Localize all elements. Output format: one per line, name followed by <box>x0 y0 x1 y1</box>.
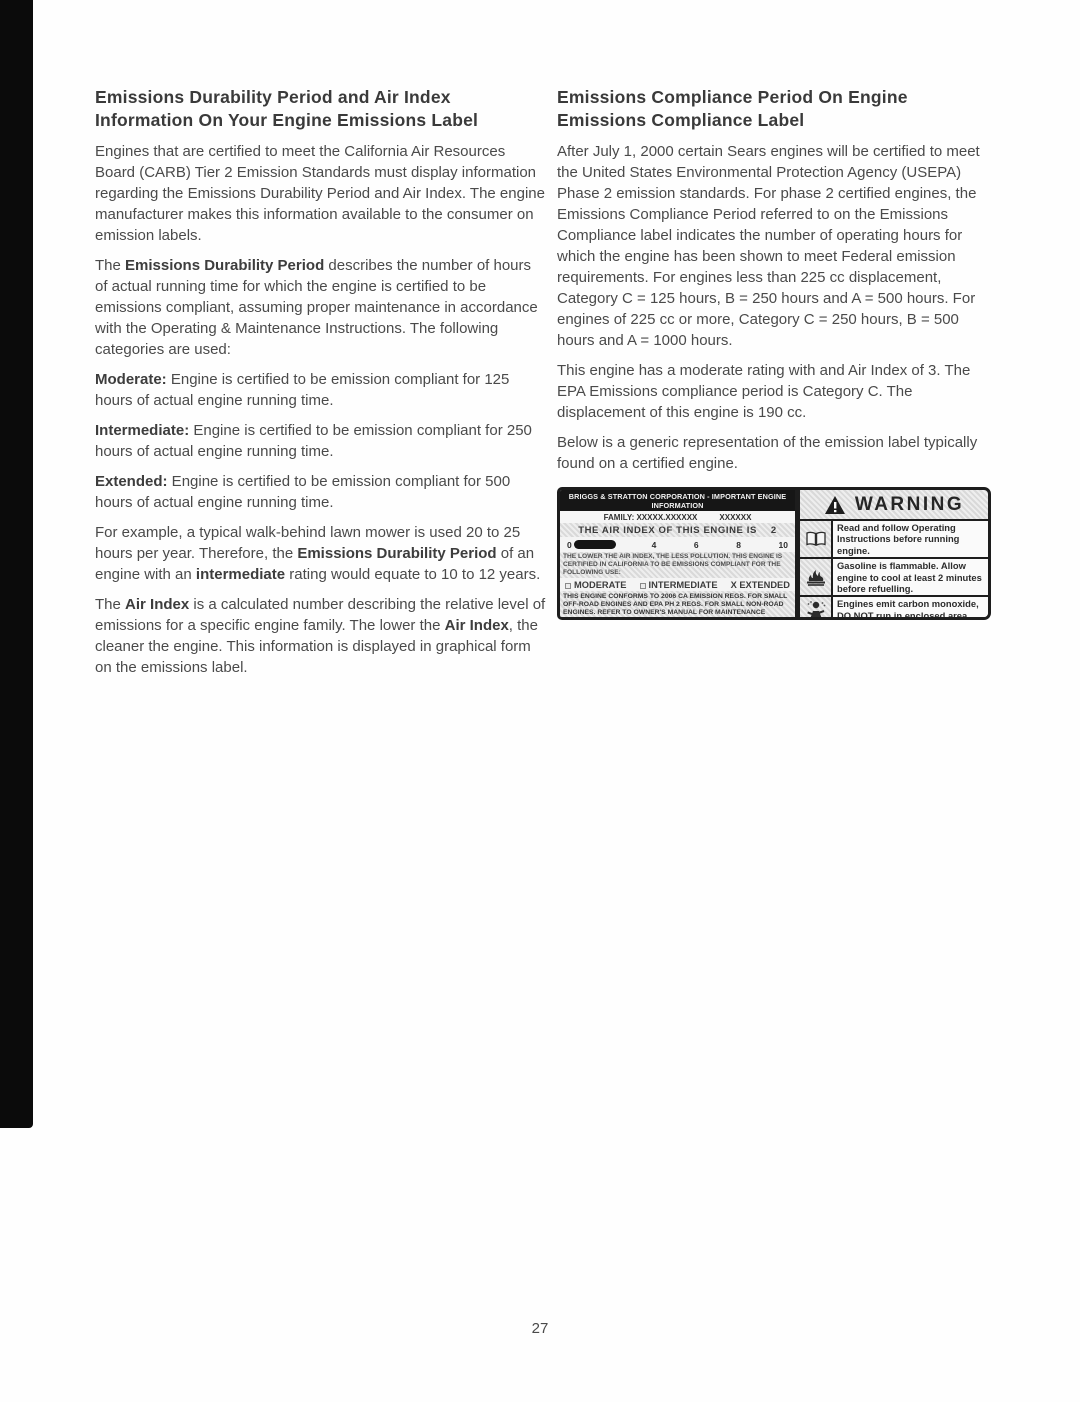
text-run: The <box>95 257 125 274</box>
category-moderate: MODERATE <box>565 580 627 590</box>
text-run: Gasoline is flammable. Allow engine to c… <box>837 560 984 594</box>
family-label: FAMILY: XXXXX.XXXXXX <box>604 513 698 522</box>
text-run: THIS ENGINE CONFORMS TO 2006 CA EMISSION… <box>563 593 788 620</box>
text-run-bold: Extended: <box>95 473 168 490</box>
category-label: INTERMEDIATE <box>649 580 718 590</box>
warning-title: WARNING <box>855 494 964 516</box>
warning-row: Gasoline is flammable. Allow engine to c… <box>800 557 988 595</box>
section-heading-durability: Emissions Durability Period and Air Inde… <box>95 86 547 132</box>
scan-edge-bar <box>0 0 33 1128</box>
text-run-bold: Air Index <box>125 596 189 613</box>
air-index-scale: 0 2 4 6 8 10 <box>560 537 795 552</box>
warning-text: Engines emit carbon monoxide, DO NOT run… <box>833 597 988 620</box>
left-column: Emissions Durability Period and Air Inde… <box>95 86 547 687</box>
category-row: MODERATE INTERMEDIATE X EXTENDED <box>560 578 795 591</box>
warning-row: Read and follow Operating Instructions b… <box>800 519 988 557</box>
page-number: 27 <box>0 1320 1080 1337</box>
section-heading-compliance: Emissions Compliance Period On Engine Em… <box>557 86 999 132</box>
scale-tick: 8 <box>736 540 741 550</box>
air-index-value: 2 <box>771 525 777 536</box>
text-run: rating would equate to 10 to 12 years. <box>285 566 540 583</box>
flame-icon <box>800 559 833 595</box>
family-line: FAMILY: XXXXX.XXXXXX XXXXXX <box>560 511 795 523</box>
paragraph: Intermediate: Engine is certified to be … <box>95 420 547 462</box>
air-index-scale-bar <box>574 540 616 549</box>
carbon-monoxide-icon <box>800 597 833 620</box>
paragraph: For example, a typical walk-behind lawn … <box>95 522 547 585</box>
text-run: Engines emit carbon monoxide, DO NOT run… <box>837 598 984 620</box>
air-index-text: THE AIR INDEX OF THIS ENGINE IS <box>578 525 757 536</box>
paragraph: Extended: Engine is certified to be emis… <box>95 471 547 513</box>
scale-tick: 4 <box>652 540 657 550</box>
text-run: The <box>95 596 125 613</box>
text-run-bold: Moderate: <box>95 371 167 388</box>
text-run-bold: Air Index <box>445 617 509 634</box>
warning-row: Engines emit carbon monoxide, DO NOT run… <box>800 595 988 620</box>
paragraph: Engines that are certified to meet the C… <box>95 141 547 246</box>
text-run-bold: Intermediate: <box>95 422 189 439</box>
scale-tick: 10 <box>778 540 787 550</box>
text-run-bold: Emissions Durability Period <box>125 257 324 274</box>
paragraph: The Emissions Durability Period describe… <box>95 255 547 360</box>
emissions-info-panel: BRIGGS & STRATTON CORPORATION - IMPORTAN… <box>557 487 798 620</box>
category-label: MODERATE <box>574 580 627 590</box>
category-extended: X EXTENDED <box>731 580 790 590</box>
checkbox-icon <box>565 583 571 589</box>
warning-triangle-icon <box>824 495 846 515</box>
paragraph: This engine has a moderate rating with a… <box>557 360 999 423</box>
book-icon <box>800 521 833 557</box>
paragraph: After July 1, 2000 certain Sears engines… <box>557 141 999 351</box>
scale-tick: 6 <box>694 540 699 550</box>
conformance-text: THIS ENGINE CONFORMS TO 2006 CA EMISSION… <box>560 591 795 620</box>
paragraph: Below is a generic representation of the… <box>557 432 999 474</box>
warning-text: Gasoline is flammable. Allow engine to c… <box>833 559 988 595</box>
warning-header: WARNING <box>800 490 988 519</box>
family-code: XXXXXX <box>719 513 751 522</box>
text-run-bold: intermediate <box>196 566 285 583</box>
emissions-label-graphic: BRIGGS & STRATTON CORPORATION - IMPORTAN… <box>557 487 991 620</box>
warning-panel: WARNING Read and follow Operating Instru… <box>798 487 991 620</box>
manual-page: Emissions Durability Period and Air Inde… <box>0 0 1080 1402</box>
lower-air-index-note: THE LOWER THE AIR INDEX, THE LESS POLLUT… <box>560 552 795 578</box>
label-header: BRIGGS & STRATTON CORPORATION - IMPORTAN… <box>560 490 795 511</box>
right-column: Emissions Compliance Period On Engine Em… <box>557 86 999 620</box>
text-run: Read and follow Operating Instructions b… <box>837 522 984 556</box>
scale-tick: 0 <box>567 540 572 550</box>
checkbox-icon <box>640 583 646 589</box>
air-index-line: THE AIR INDEX OF THIS ENGINE IS 2 <box>560 523 795 537</box>
warning-text: Read and follow Operating Instructions b… <box>833 521 988 557</box>
paragraph: The Air Index is a calculated number des… <box>95 594 547 678</box>
paragraph: Moderate: Engine is certified to be emis… <box>95 369 547 411</box>
category-intermediate: INTERMEDIATE <box>640 580 718 590</box>
text-run-bold: Emissions Durability Period <box>297 545 496 562</box>
